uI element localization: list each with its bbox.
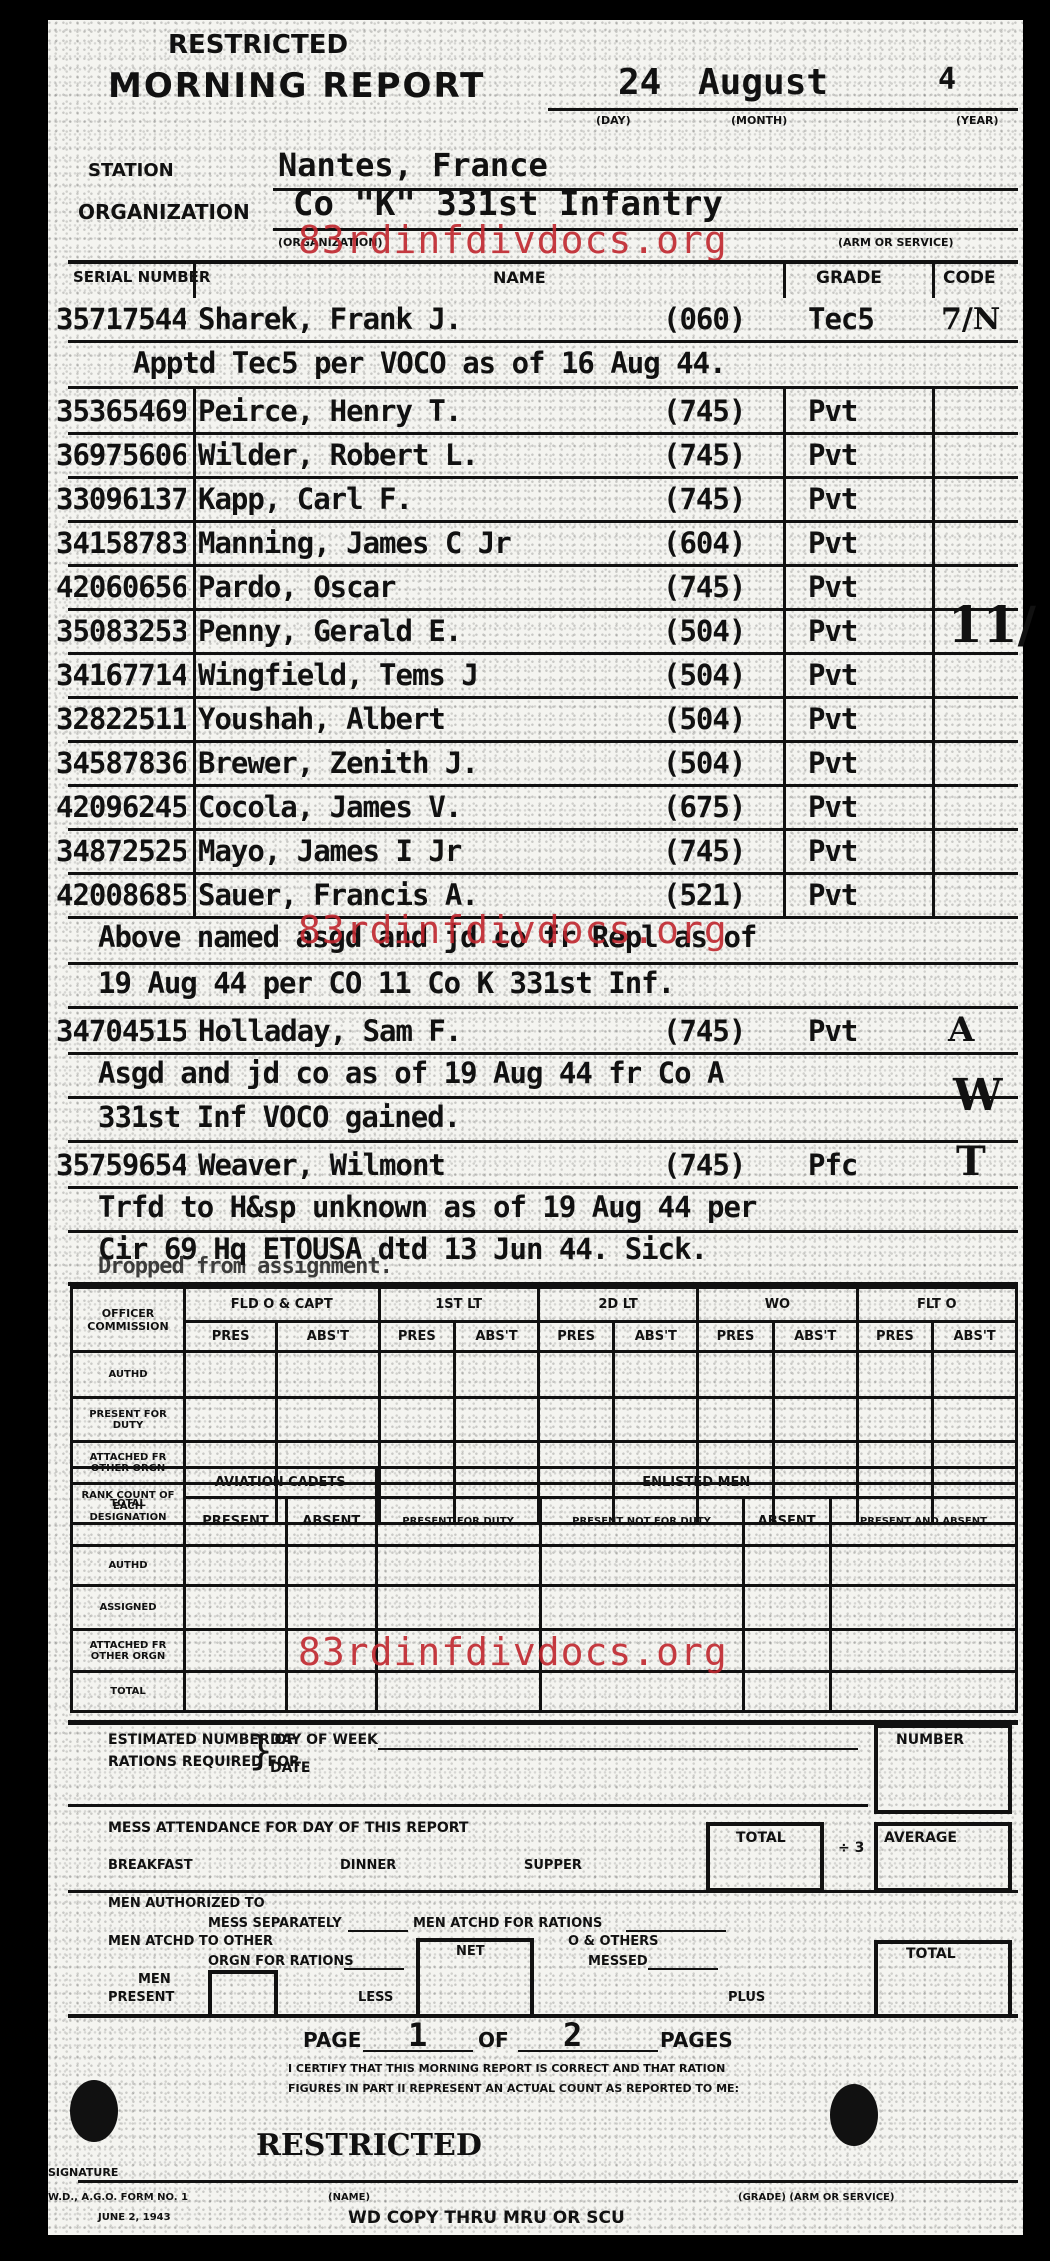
mos-code: (504) bbox=[663, 658, 745, 692]
serial-number: 32822511 bbox=[56, 702, 186, 736]
mos-code: (745) bbox=[663, 1148, 745, 1182]
officer-row-label: AUTHD bbox=[72, 1352, 185, 1398]
soldier-name: Wingfield, Tems J bbox=[198, 658, 478, 692]
officer-row-header: OFFICER COMMISSION bbox=[72, 1288, 185, 1352]
grade: Pvt bbox=[808, 482, 857, 516]
enlisted-row-label: AUTHD bbox=[72, 1546, 185, 1586]
soldier-name: Pardo, Oscar bbox=[198, 570, 396, 604]
subcol-pres: PRES bbox=[538, 1322, 614, 1352]
remark-line: 331st Inf VOCO gained. bbox=[98, 1100, 460, 1134]
soldier-name: Sauer, Francis A. bbox=[198, 878, 478, 912]
serial-number: 35083253 bbox=[56, 614, 186, 648]
mos-code: (504) bbox=[663, 746, 745, 780]
subcol-abst: ABS'T bbox=[277, 1322, 379, 1352]
enlisted-row-label: ATTACHED FR OTHER ORGN bbox=[72, 1630, 185, 1672]
officer-group: 1ST LT bbox=[379, 1288, 538, 1322]
enlisted-row-header: RANK COUNT OF EACH DESIGNATION bbox=[72, 1468, 185, 1546]
officer-group: FLD O & CAPT bbox=[185, 1288, 380, 1322]
officer-row-label: PRESENT FOR DUTY bbox=[72, 1398, 185, 1442]
station-label: STATION bbox=[88, 160, 174, 181]
serial-number: 34704515 bbox=[56, 1014, 186, 1048]
officer-group: FLT O bbox=[857, 1288, 1016, 1322]
serial-number: 42096245 bbox=[56, 790, 186, 824]
soldier-name: Youshah, Albert bbox=[198, 702, 445, 736]
less-label: LESS bbox=[358, 1990, 393, 2005]
remark-line: Apptd Tec5 per VOCO as of 16 Aug 44. bbox=[133, 346, 726, 380]
grade: Pvt bbox=[808, 790, 857, 824]
soldier-name: Penny, Gerald E. bbox=[198, 614, 461, 648]
margin-mark-w: W bbox=[953, 1070, 1002, 1121]
classification-top: RESTRICTED bbox=[168, 30, 348, 60]
column-serial-number: SERIAL NUMBER bbox=[73, 268, 210, 286]
mos-code: (745) bbox=[663, 834, 745, 868]
serial-number: 34587836 bbox=[56, 746, 186, 780]
col-present: PRESENT bbox=[185, 1498, 287, 1546]
grade: Pvt bbox=[808, 878, 857, 912]
grade: Pfc bbox=[808, 1148, 857, 1182]
soldier-name: Brewer, Zenith J. bbox=[198, 746, 478, 780]
soldier-name: Wilder, Robert L. bbox=[198, 438, 478, 472]
serial-number: 35365469 bbox=[56, 394, 186, 428]
grade: Pvt bbox=[808, 438, 857, 472]
grade: Pvt bbox=[808, 394, 857, 428]
column-grade: GRADE bbox=[816, 268, 882, 288]
grade: Pvt bbox=[808, 834, 857, 868]
soldier-name: Cocola, James V. bbox=[198, 790, 461, 824]
orgn-for-rations-label: ORGN FOR RATIONS bbox=[208, 1954, 354, 1969]
serial-number: 42060656 bbox=[56, 570, 186, 604]
grade: Pvt bbox=[808, 702, 857, 736]
messed-label: MESSED bbox=[588, 1954, 648, 1969]
grade: Pvt bbox=[808, 658, 857, 692]
dinner-label: DINNER bbox=[340, 1858, 396, 1873]
subcol-pres: PRES bbox=[379, 1322, 455, 1352]
mos-code: (521) bbox=[663, 878, 745, 912]
serial-number: 35717544 bbox=[56, 302, 186, 336]
date-label-month: (MONTH) bbox=[731, 114, 787, 127]
plus-label: PLUS bbox=[728, 1990, 765, 2005]
men-present-label-2: PRESENT bbox=[108, 1990, 174, 2005]
col-present-for-duty: PRESENT FOR DUTY bbox=[376, 1498, 540, 1546]
col-present-and-absent: PRESENT AND ABSENT bbox=[830, 1498, 1016, 1546]
organization-label: ORGANIZATION bbox=[78, 200, 250, 224]
mos-code: (745) bbox=[663, 482, 745, 516]
grade: Pvt bbox=[808, 614, 857, 648]
rations-total-label: TOTAL bbox=[906, 1946, 956, 1962]
serial-number: 34167714 bbox=[56, 658, 186, 692]
grade: Pvt bbox=[808, 746, 857, 780]
men-atchd-other-label: MEN ATCHD TO OTHER bbox=[108, 1934, 273, 1949]
soldier-name: Peirce, Henry T. bbox=[198, 394, 461, 428]
roster-row: 35717544 Sharek, Frank J. (060) Tec5 7/N bbox=[48, 298, 1023, 340]
subcol-abst: ABS'T bbox=[773, 1322, 857, 1352]
divide-by-three: ÷ 3 bbox=[838, 1840, 864, 1856]
serial-number: 36975606 bbox=[56, 438, 186, 472]
punch-hole-left bbox=[70, 2080, 118, 2142]
col-absent: ABSENT bbox=[286, 1498, 376, 1546]
column-name: NAME bbox=[493, 268, 546, 287]
supper-label: SUPPER bbox=[524, 1858, 582, 1873]
enlisted-row-label: TOTAL bbox=[72, 1672, 185, 1712]
morning-report-page: RESTRICTED MORNING REPORT 24 August 4 (D… bbox=[48, 20, 1023, 2235]
men-atchd-rations-label: MEN ATCHD FOR RATIONS bbox=[413, 1916, 602, 1931]
subcol-pres: PRES bbox=[857, 1322, 933, 1352]
o-others-label: O & OTHERS bbox=[568, 1934, 659, 1949]
soldier-name: Weaver, Wilmont bbox=[198, 1148, 445, 1182]
station-value: Nantes, France bbox=[278, 146, 548, 184]
of-label: OF bbox=[478, 2028, 509, 2052]
mos-code: (675) bbox=[663, 790, 745, 824]
mess-attendance-label: MESS ATTENDANCE FOR DAY OF THIS REPORT bbox=[108, 1820, 468, 1836]
men-present-label-1: MEN bbox=[138, 1972, 171, 1987]
mess-total-label: TOTAL bbox=[736, 1830, 786, 1846]
mess-separately-label: MESS SEPARATELY bbox=[208, 1916, 342, 1931]
grade: Tec5 bbox=[808, 302, 874, 336]
serial-number: 42008685 bbox=[56, 878, 186, 912]
report-date-year: 4 bbox=[938, 62, 956, 97]
report-date-day: 24 bbox=[618, 62, 661, 103]
watermark-top: 83rdinfdivdocs.org bbox=[298, 218, 728, 262]
remark-line: Asgd and jd co as of 19 Aug 44 fr Co A bbox=[98, 1056, 723, 1090]
code: A bbox=[948, 1010, 974, 1050]
report-date-month: August bbox=[698, 62, 828, 103]
mos-code: (504) bbox=[663, 702, 745, 736]
enlisted-row-label: ASSIGNED bbox=[72, 1586, 185, 1630]
punch-hole-right bbox=[830, 2084, 878, 2146]
mos-code: (504) bbox=[663, 614, 745, 648]
remark-line: Trfd to H&sp unknown as of 19 Aug 44 per bbox=[98, 1190, 756, 1224]
form-label-2: JUNE 2, 1943 bbox=[98, 2212, 171, 2223]
average-label: AVERAGE bbox=[884, 1830, 957, 1846]
pages-label: PAGES bbox=[660, 2028, 733, 2052]
roster-row: 35759654 Weaver, Wilmont (745) Pfc bbox=[48, 1144, 1023, 1186]
number-label: NUMBER bbox=[896, 1732, 964, 1748]
date-label: DATE bbox=[270, 1760, 310, 1776]
grade: Pvt bbox=[808, 1014, 857, 1048]
soldier-name: Manning, James C Jr bbox=[198, 526, 511, 560]
margin-mark-t: T bbox=[956, 1138, 986, 1185]
date-label-year: (YEAR) bbox=[956, 114, 999, 127]
serial-number: 35759654 bbox=[56, 1148, 186, 1182]
col-present-not-for-duty: PRESENT NOT FOR DUTY bbox=[540, 1498, 743, 1546]
page-total: 2 bbox=[563, 2016, 582, 2054]
page-number: 1 bbox=[408, 2016, 427, 2054]
certify-line-2: FIGURES IN PART II REPRESENT AN ACTUAL C… bbox=[288, 2082, 739, 2095]
copy-note: WD COPY THRU MRU OR SCU bbox=[348, 2208, 625, 2228]
mos-code: (060) bbox=[663, 302, 745, 336]
men-authorized-label: MEN AUTHORIZED TO bbox=[108, 1896, 265, 1911]
grade: Pvt bbox=[808, 570, 857, 604]
col-absent: ABSENT bbox=[743, 1498, 830, 1546]
mos-code: (745) bbox=[663, 570, 745, 604]
serial-number: 34158783 bbox=[56, 526, 186, 560]
enlisted-table: RANK COUNT OF EACH DESIGNATION AVIATION … bbox=[70, 1466, 1018, 1713]
soldier-name: Kapp, Carl F. bbox=[198, 482, 412, 516]
breakfast-label: BREAKFAST bbox=[108, 1858, 193, 1873]
mos-code: (745) bbox=[663, 1014, 745, 1048]
subcol-pres: PRES bbox=[185, 1322, 277, 1352]
net-label: NET bbox=[456, 1944, 485, 1959]
classification-bottom: RESTRICTED bbox=[256, 2128, 482, 2163]
grade: Pvt bbox=[808, 526, 857, 560]
signature-label: SIGNATURE bbox=[48, 2166, 118, 2179]
subcol-abst: ABS'T bbox=[455, 1322, 539, 1352]
page-label: PAGE bbox=[303, 2028, 361, 2052]
mos-code: (604) bbox=[663, 526, 745, 560]
mos-code: (745) bbox=[663, 394, 745, 428]
subcol-pres: PRES bbox=[698, 1322, 774, 1352]
margin-mark-bracket: 11/ bbox=[948, 595, 1036, 654]
men-present-box bbox=[208, 1970, 278, 2018]
watermark-bottom: 83rdinfdivdocs.org bbox=[298, 1630, 728, 1674]
watermark-middle: 83rdinfdivdocs.org bbox=[298, 908, 728, 952]
serial-number: 34872525 bbox=[56, 834, 186, 868]
column-code: CODE bbox=[943, 268, 996, 288]
mos-code: (745) bbox=[663, 438, 745, 472]
serial-number: 33096137 bbox=[56, 482, 186, 516]
grade-arm-label: (GRADE) (ARM OR SERVICE) bbox=[738, 2192, 894, 2203]
soldier-name: Holladay, Sam F. bbox=[198, 1014, 461, 1048]
remark-line: 19 Aug 44 per CO 11 Co K 331st Inf. bbox=[98, 966, 674, 1000]
enlisted-men-group: ENLISTED MEN bbox=[376, 1468, 1016, 1498]
name-label: (NAME) bbox=[328, 2192, 370, 2203]
remark-line: Dropped from assignment. bbox=[98, 1254, 392, 1279]
certify-line-1: I CERTIFY THAT THIS MORNING REPORT IS CO… bbox=[288, 2062, 725, 2075]
soldier-name: Mayo, James I Jr bbox=[198, 834, 461, 868]
roster-row: 34704515 Holladay, Sam F. (745) Pvt A bbox=[48, 1010, 1023, 1052]
officer-group: WO bbox=[698, 1288, 857, 1322]
date-label-day: (DAY) bbox=[596, 114, 631, 127]
subcol-abst: ABS'T bbox=[614, 1322, 698, 1352]
report-title: MORNING REPORT bbox=[108, 66, 485, 106]
day-of-week-label: DAY OF WEEK bbox=[270, 1732, 378, 1748]
form-label-1: W.D., A.G.O. FORM NO. 1 bbox=[48, 2192, 188, 2203]
soldier-name: Sharek, Frank J. bbox=[198, 302, 461, 336]
subcol-abst: ABS'T bbox=[933, 1322, 1017, 1352]
aviation-cadets-group: AVIATION CADETS bbox=[185, 1468, 377, 1498]
arm-service-sublabel: (ARM OR SERVICE) bbox=[838, 236, 954, 249]
officer-group: 2D LT bbox=[538, 1288, 697, 1322]
code: 7/N bbox=[941, 302, 1000, 337]
